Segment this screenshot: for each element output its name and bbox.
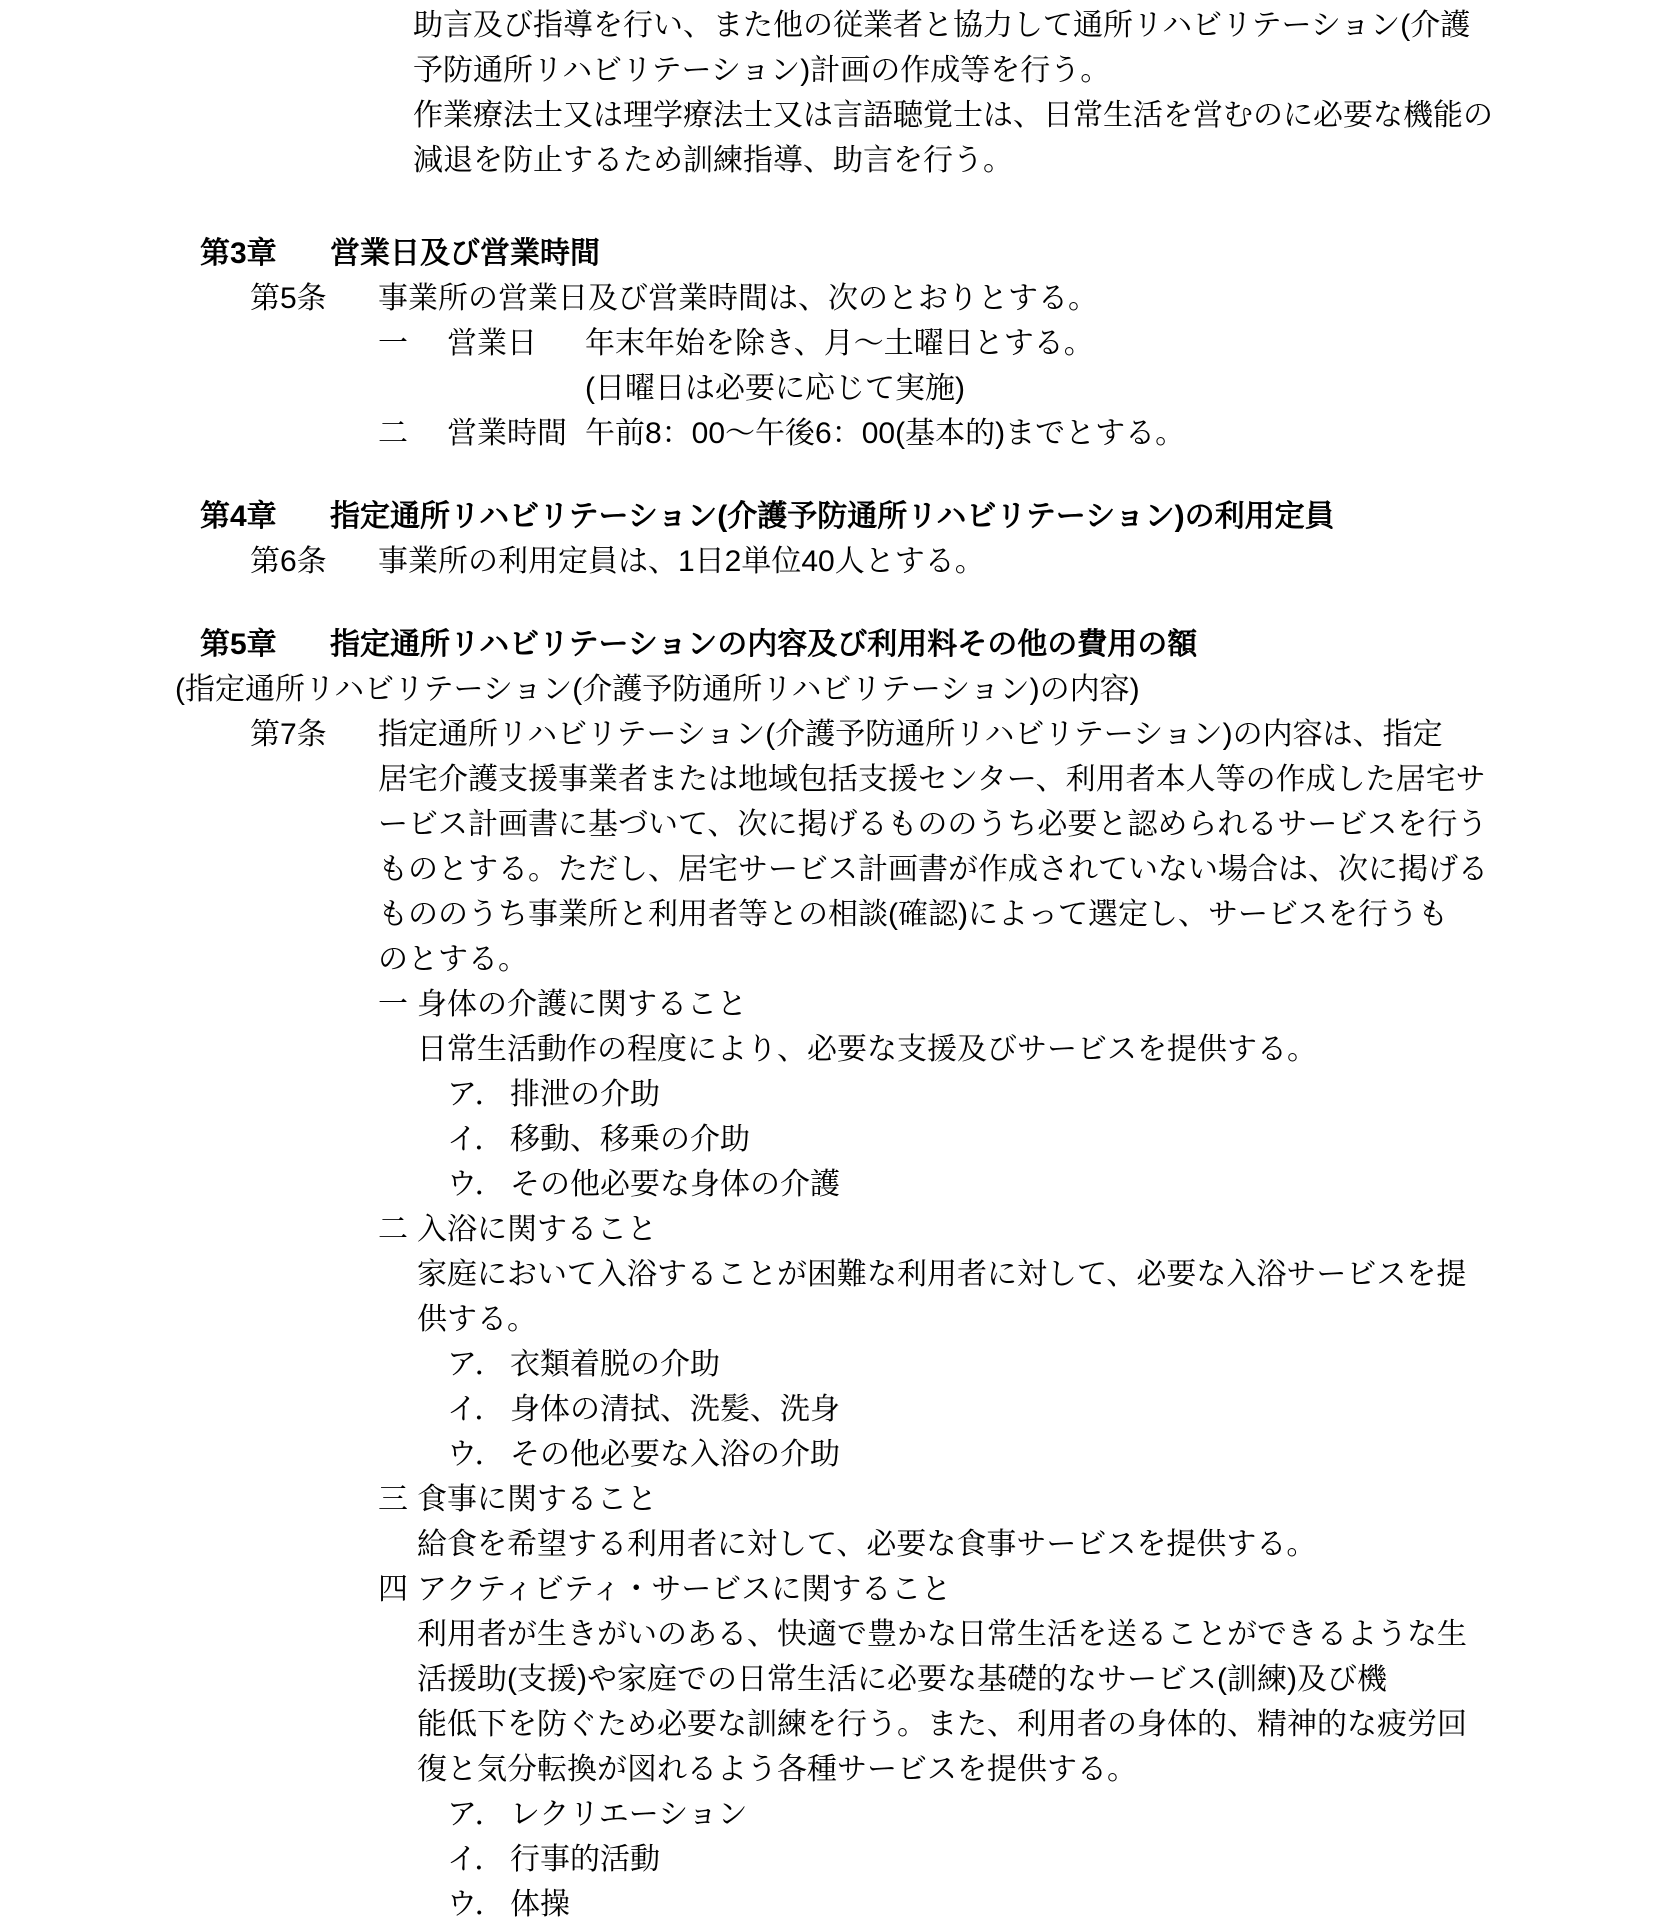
carryover-line: 予防通所リハビリテーション)計画の作成等を行う。 [0, 48, 1659, 93]
service-item-desc-line: 給食を希望する利用者に対して、必要な食事サービスを提供する。 [0, 1522, 1659, 1567]
sub-item-marker: ウ． [447, 1882, 510, 1920]
sub-item-text: その他必要な入浴の介助 [510, 1438, 840, 1471]
vertical-spacer [0, 456, 1659, 494]
article-row: 第5条事業所の営業日及び営業時間は、次のとおりとする。 [0, 276, 1659, 321]
sub-item-text: レクリエーション [510, 1798, 748, 1831]
item-marker: 一 [378, 321, 447, 366]
carryover-line: 助言及び指導を行い、また他の従業者と協力して通所リハビリテーション(介護 [0, 3, 1659, 48]
chapter-heading: 第4章指定通所リハビリテーション(介護予防通所リハビリテーション)の利用定員 [0, 494, 1659, 539]
sub-item-text: 体操 [510, 1888, 570, 1920]
sub-item-marker: ウ． [447, 1162, 510, 1207]
schedule-desc: 年末年始を除き、月～土曜日とする。 [585, 327, 1094, 360]
schedule-item-row: 二営業時間午前8：00～午後6：00(基本的)までとする。 [0, 411, 1659, 456]
chapter-title: 営業日及び営業時間 [330, 237, 600, 270]
schedule-term: 営業時間 [447, 411, 585, 456]
sub-item-marker: イ． [447, 1837, 510, 1882]
sub-item-marker: イ． [447, 1387, 510, 1432]
chapter-4-section: 第4章指定通所リハビリテーション(介護予防通所リハビリテーション)の利用定員 第… [0, 494, 1659, 584]
carryover-line: 作業療法士又は理学療法士又は言語聴覚士は、日常生活を営むのに必要な機能の [0, 93, 1659, 138]
chapter-subtitle: (指定通所リハビリテーション(介護予防通所リハビリテーション)の内容) [0, 667, 1659, 712]
chapter-label: 第3章 [200, 231, 330, 276]
schedule-desc: 午前8：00～午後6：00(基本的)までとする。 [585, 417, 1185, 450]
sub-item-marker: ウ． [447, 1432, 510, 1477]
item-marker: 四 [378, 1567, 417, 1612]
chapter-5-section: 第5章指定通所リハビリテーションの内容及び利用料その他の費用の額 (指定通所リハ… [0, 622, 1659, 1920]
schedule-term: 営業日 [447, 321, 585, 366]
carryover-paragraph: 助言及び指導を行い、また他の従業者と協力して通所リハビリテーション(介護 予防通… [0, 3, 1659, 183]
sub-item-row: ア．排泄の介助 [0, 1072, 1659, 1117]
service-item-title: 食事に関すること [417, 1483, 657, 1516]
article-body-line: のとする。 [0, 937, 1659, 982]
vertical-spacer [0, 183, 1659, 231]
service-item-desc-line: 供する。 [0, 1297, 1659, 1342]
article-text: 事業所の利用定員は、1日2単位40人とする。 [378, 545, 985, 578]
service-item-desc-line: 利用者が生きがいのある、快適で豊かな日常生活を送ることができるような生 [0, 1612, 1659, 1657]
sub-item-row: ウ．体操 [0, 1882, 1659, 1920]
sub-item-row: イ．身体の清拭、洗髪、洗身 [0, 1387, 1659, 1432]
article-label: 第6条 [250, 539, 378, 584]
sub-item-row: ア．衣類着脱の介助 [0, 1342, 1659, 1387]
chapter-label: 第5章 [200, 622, 330, 667]
schedule-note: (日曜日は必要に応じて実施) [0, 366, 1659, 411]
sub-item-row: ウ．その他必要な身体の介護 [0, 1162, 1659, 1207]
carryover-line: 減退を防止するため訓練指導、助言を行う。 [0, 138, 1659, 183]
sub-item-text: 排泄の介助 [510, 1078, 660, 1111]
sub-item-text: その他必要な身体の介護 [510, 1168, 840, 1201]
article-text: 事業所の営業日及び営業時間は、次のとおりとする。 [378, 282, 1098, 315]
sub-item-marker: ア． [447, 1072, 510, 1117]
sub-item-row: ウ．その他必要な入浴の介助 [0, 1432, 1659, 1477]
item-marker: 二 [378, 411, 447, 456]
service-item-desc-line: 家庭において入浴することが困難な利用者に対して、必要な入浴サービスを提 [0, 1252, 1659, 1297]
sub-item-text: 行事的活動 [510, 1843, 660, 1876]
sub-item-row: ア．レクリエーション [0, 1792, 1659, 1837]
article-text: 指定通所リハビリテーション(介護予防通所リハビリテーション)の内容は、指定 [378, 718, 1443, 751]
service-item-row: 四アクティビティ・サービスに関すること [0, 1567, 1659, 1612]
sub-item-row: イ．行事的活動 [0, 1837, 1659, 1882]
article-body-line: ービス計画書に基づいて、次に掲げるもののうち必要と認められるサービスを行う [0, 802, 1659, 847]
service-item-row: 二入浴に関すること [0, 1207, 1659, 1252]
service-item-row: 一身体の介護に関すること [0, 982, 1659, 1027]
chapter-label: 第4章 [200, 494, 330, 539]
sub-item-text: 身体の清拭、洗髪、洗身 [510, 1393, 840, 1426]
service-item-row: 三食事に関すること [0, 1477, 1659, 1522]
item-marker: 二 [378, 1207, 417, 1252]
article-label: 第5条 [250, 276, 378, 321]
article-row: 第7条指定通所リハビリテーション(介護予防通所リハビリテーション)の内容は、指定 [0, 712, 1659, 757]
service-item-title: 入浴に関すること [417, 1213, 657, 1246]
article-body-line: もののうち事業所と利用者等との相談(確認)によって選定し、サービスを行うも [0, 892, 1659, 937]
service-item-desc-line: 能低下を防ぐため必要な訓練を行う。また、利用者の身体的、精神的な疲労回 [0, 1702, 1659, 1747]
sub-item-marker: ア． [447, 1342, 510, 1387]
article-body-line: ものとする。ただし、居宅サービス計画書が作成されていない場合は、次に掲げる [0, 847, 1659, 892]
sub-item-text: 移動、移乗の介助 [510, 1123, 750, 1156]
service-item-desc-line: 活援助(支援)や家庭での日常生活に必要な基礎的なサービス(訓練)及び機 [0, 1657, 1659, 1702]
sub-item-text: 衣類着脱の介助 [510, 1348, 720, 1381]
chapter-heading: 第3章営業日及び営業時間 [0, 231, 1659, 276]
sub-item-row: イ．移動、移乗の介助 [0, 1117, 1659, 1162]
item-marker: 一 [378, 982, 417, 1027]
document-page: 助言及び指導を行い、また他の従業者と協力して通所リハビリテーション(介護 予防通… [0, 0, 1659, 1920]
service-item-title: 身体の介護に関すること [417, 988, 747, 1021]
item-marker: 三 [378, 1477, 417, 1522]
chapter-title: 指定通所リハビリテーションの内容及び利用料その他の費用の額 [330, 628, 1197, 661]
chapter-heading: 第5章指定通所リハビリテーションの内容及び利用料その他の費用の額 [0, 622, 1659, 667]
article-label: 第7条 [250, 712, 378, 757]
service-item-desc-line: 復と気分転換が図れるよう各種サービスを提供する。 [0, 1747, 1659, 1792]
article-row: 第6条事業所の利用定員は、1日2単位40人とする。 [0, 539, 1659, 584]
chapter-3-section: 第3章営業日及び営業時間 第5条事業所の営業日及び営業時間は、次のとおりとする。… [0, 231, 1659, 456]
schedule-item-row: 一営業日年末年始を除き、月～土曜日とする。 [0, 321, 1659, 366]
sub-item-marker: ア． [447, 1792, 510, 1837]
vertical-spacer [0, 584, 1659, 622]
article-body-line: 居宅介護支援事業者または地域包括支援センター、利用者本人等の作成した居宅サ [0, 757, 1659, 802]
service-item-desc-line: 日常生活動作の程度により、必要な支援及びサービスを提供する。 [0, 1027, 1659, 1072]
chapter-title: 指定通所リハビリテーション(介護予防通所リハビリテーション)の利用定員 [330, 500, 1335, 533]
service-item-title: アクティビティ・サービスに関すること [417, 1573, 951, 1606]
sub-item-marker: イ． [447, 1117, 510, 1162]
